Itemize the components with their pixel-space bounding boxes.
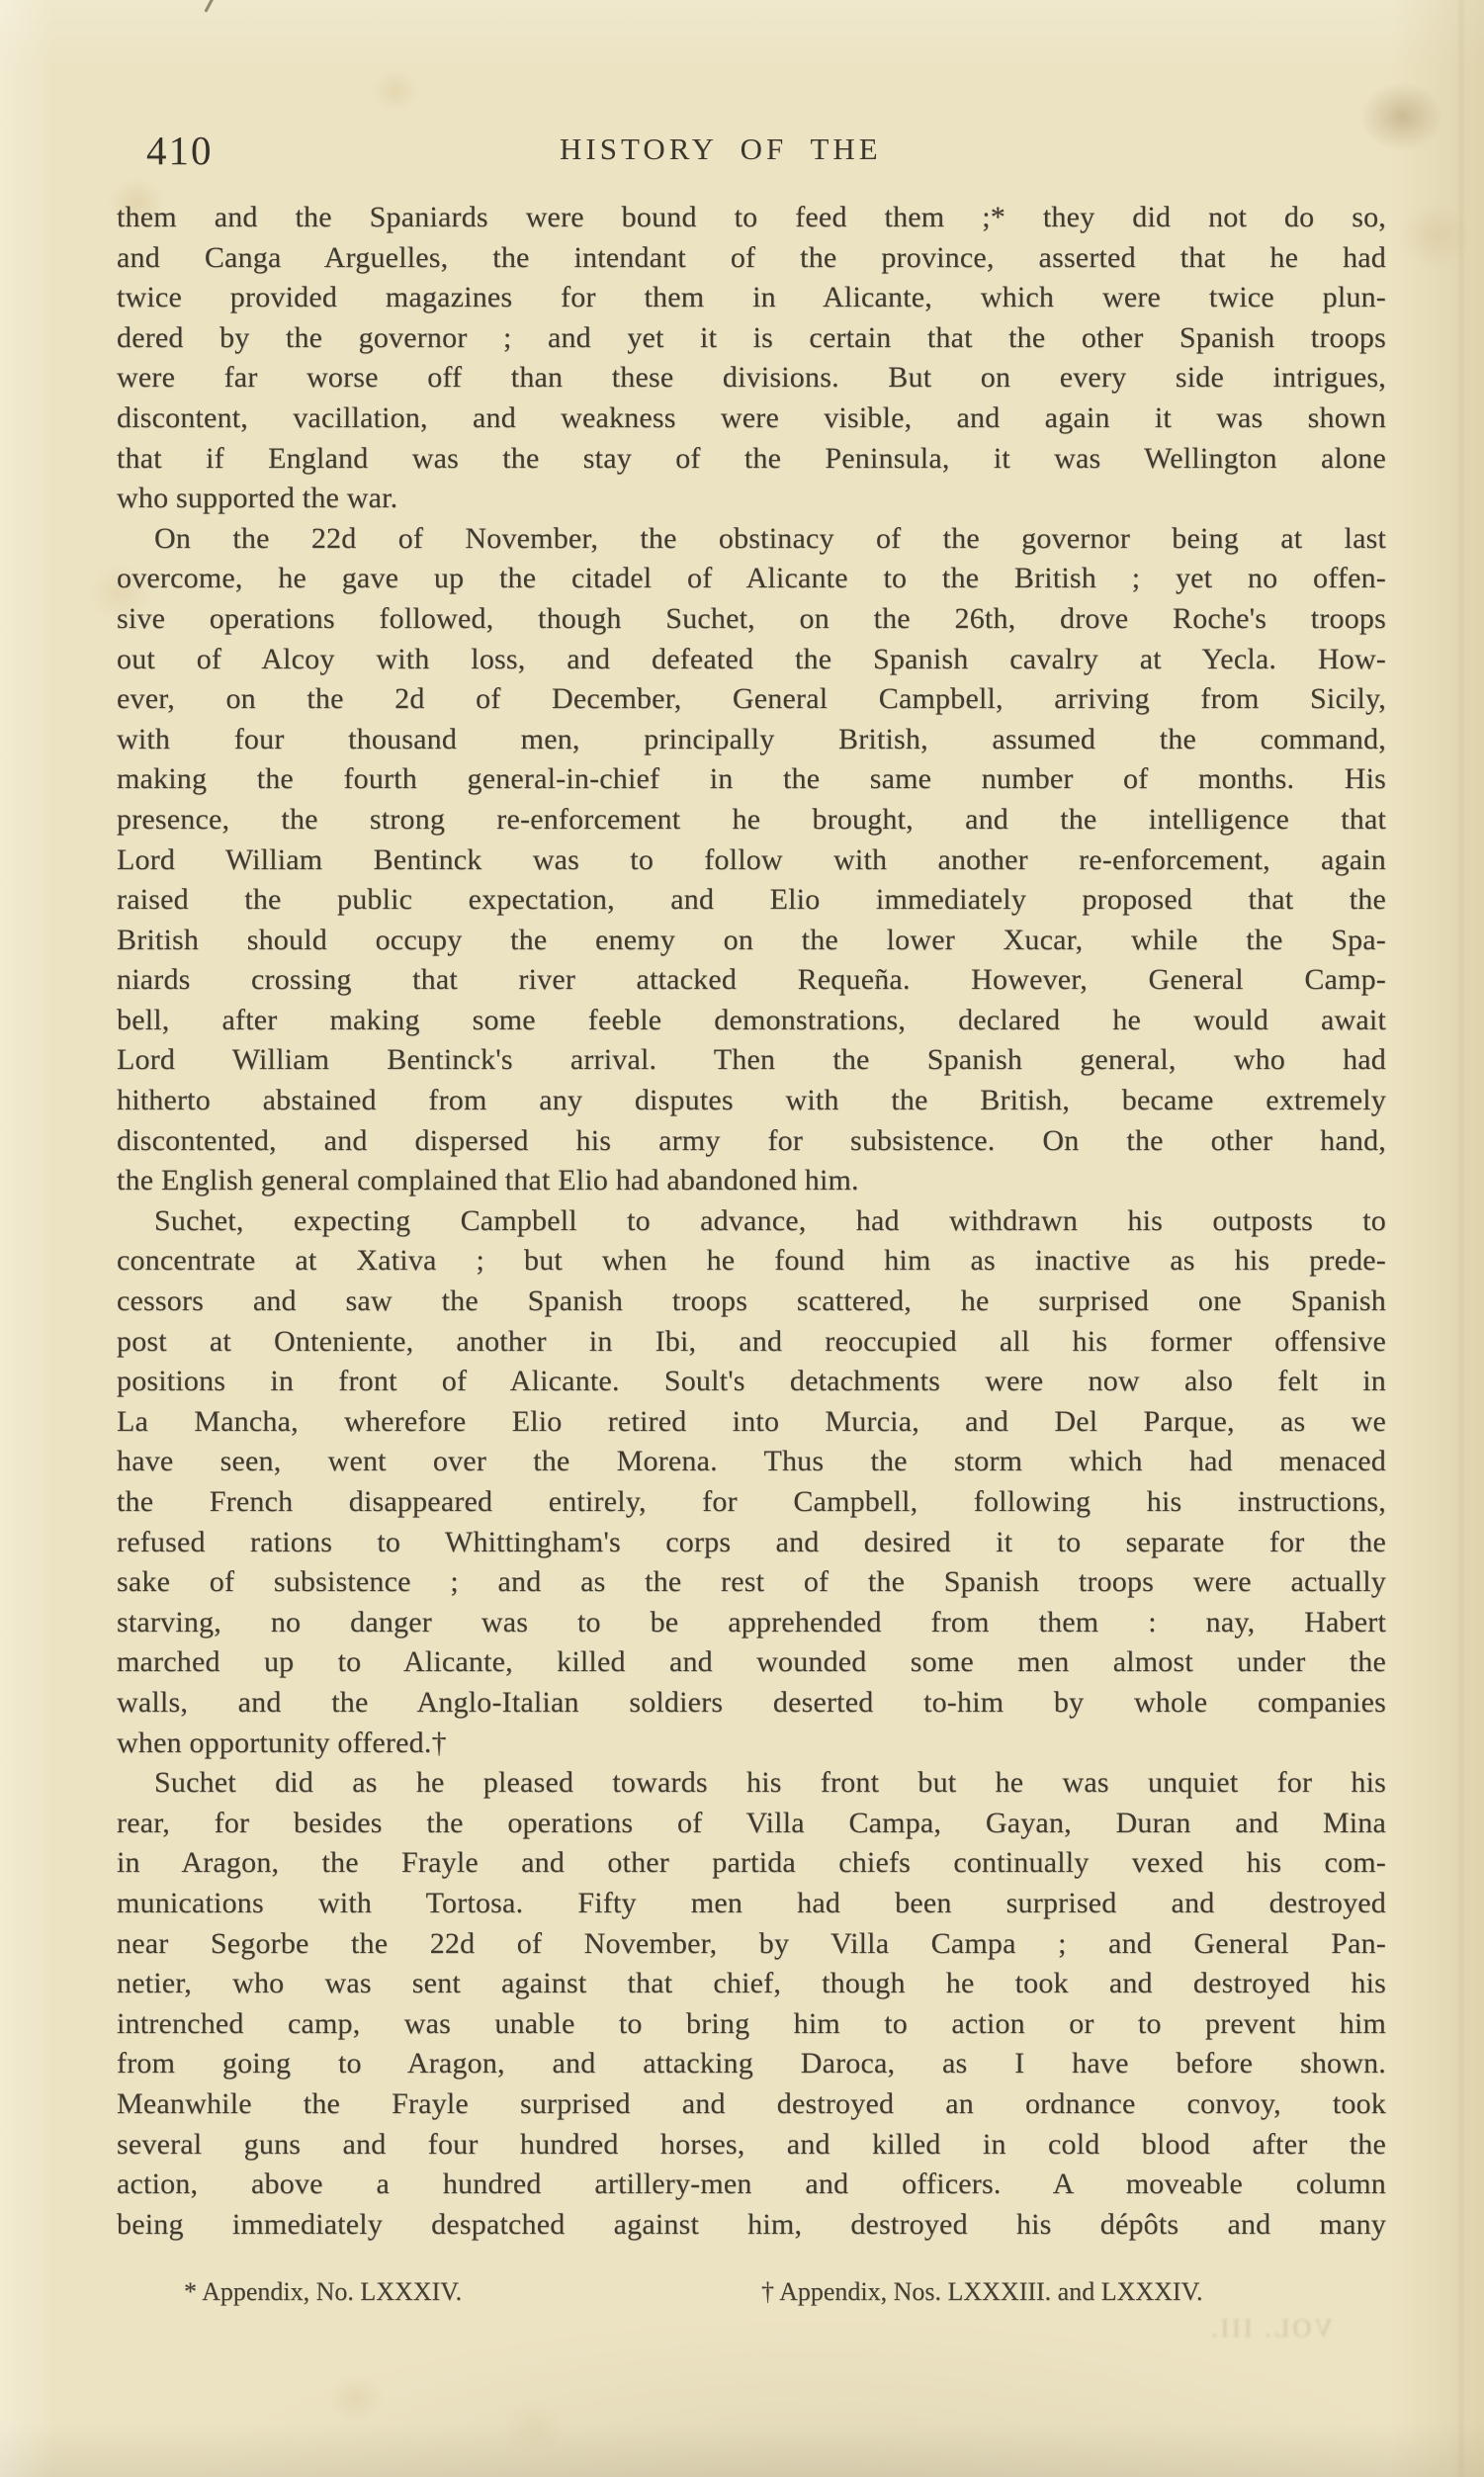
text-line: presence, the strong re-enforcement he b… (117, 800, 1386, 840)
scan-seam (1456, 0, 1466, 2477)
text-line: Suchet did as he pleased towards his fro… (117, 1763, 1386, 1804)
text-line: being immediately despatched against him… (117, 2205, 1386, 2246)
page-header: 410 HISTORY OF THE (0, 0, 1484, 188)
text-line: near Segorbe the 22d of November, by Vil… (117, 1924, 1386, 1965)
book-page: 410 HISTORY OF THE them and the Spaniard… (0, 0, 1484, 2477)
text-line: who supported the war. (117, 479, 1386, 519)
paragraph: them and the Spaniards were bound to fee… (117, 198, 1386, 519)
text-line: intrenched camp, was unable to bring him… (117, 2004, 1386, 2045)
text-line: several guns and four hundred horses, an… (117, 2125, 1386, 2166)
text-line: when opportunity offered.† (117, 1724, 1386, 1764)
text-line: La Mancha, wherefore Elio retired into M… (117, 1402, 1386, 1443)
text-line: starving, no danger was to be apprehende… (117, 1603, 1386, 1643)
footnote-appendix-83-84: † Appendix, Nos. LXXXIII. and LXXXIV. (761, 2277, 1203, 2307)
text-line: marched up to Alicante, killed and wound… (117, 1642, 1386, 1683)
body-text: them and the Spaniards were bound to fee… (117, 198, 1386, 2245)
text-line: dered by the governor ; and yet it is ce… (117, 318, 1386, 359)
text-line: that if England was the stay of the Peni… (117, 439, 1386, 480)
text-line: cessors and saw the Spanish troops scatt… (117, 1282, 1386, 1322)
show-through-text: VOL. III. (1135, 2314, 1333, 2344)
text-line: twice provided magazines for them in Ali… (117, 278, 1386, 318)
text-line: making the fourth general-in-chief in th… (117, 759, 1386, 800)
text-line: from going to Aragon, and attacking Daro… (117, 2044, 1386, 2084)
text-line: British should occupy the enemy on the l… (117, 921, 1386, 961)
text-line: overcome, he gave up the citadel of Alic… (117, 559, 1386, 599)
text-line: post at Onteniente, another in Ibi, and … (117, 1322, 1386, 1363)
paragraph: Suchet did as he pleased towards his fro… (117, 1763, 1386, 2245)
text-line: and Canga Arguelles, the intendant of th… (117, 238, 1386, 279)
text-line: refused rations to Whittingham's corps a… (117, 1523, 1386, 1563)
text-line: action, above a hundred artillery-men an… (117, 2165, 1386, 2205)
text-line: sive operations followed, though Suchet,… (117, 599, 1386, 640)
page-number: 410 (146, 127, 214, 174)
text-line: concentrate at Xativa ; but when he foun… (117, 1241, 1386, 1282)
text-line: walls, and the Anglo-Italian soldiers de… (117, 1683, 1386, 1724)
text-line: sake of subsistence ; and as the rest of… (117, 1562, 1386, 1603)
text-line: Meanwhile the Frayle surprised and destr… (117, 2084, 1386, 2125)
text-line: netier, who was sent against that chief,… (117, 1964, 1386, 2004)
text-line: in Aragon, the Frayle and other partida … (117, 1843, 1386, 1884)
text-line: On the 22d of November, the obstinacy of… (117, 519, 1386, 560)
text-line: rear, for besides the operations of Vill… (117, 1804, 1386, 1844)
paragraph: Suchet, expecting Campbell to advance, h… (117, 1201, 1386, 1763)
text-line: with four thousand men, principally Brit… (117, 720, 1386, 760)
text-line: were far worse off than these divisions.… (117, 358, 1386, 398)
text-line: Lord William Bentinck was to follow with… (117, 840, 1386, 881)
footnote-appendix-84: * Appendix, No. LXXXIV. (184, 2277, 462, 2307)
footnotes: * Appendix, No. LXXXIV. † Appendix, Nos.… (117, 2277, 1386, 2319)
text-line: the English general complained that Elio… (117, 1161, 1386, 1201)
running-title: HISTORY OF THE (560, 132, 882, 167)
text-line: positions in front of Alicante. Soult's … (117, 1362, 1386, 1402)
text-line: raised the public expectation, and Elio … (117, 880, 1386, 921)
paragraph: On the 22d of November, the obstinacy of… (117, 519, 1386, 1201)
text-line: the French disappeared entirely, for Cam… (117, 1482, 1386, 1523)
text-line: ever, on the 2d of December, General Cam… (117, 679, 1386, 720)
text-line: discontent, vacillation, and weakness we… (117, 398, 1386, 439)
text-line: them and the Spaniards were bound to fee… (117, 198, 1386, 238)
text-line: hitherto abstained from any disputes wit… (117, 1081, 1386, 1121)
text-line: Lord William Bentinck's arrival. Then th… (117, 1040, 1386, 1081)
text-line: discontented, and dispersed his army for… (117, 1121, 1386, 1162)
text-line: have seen, went over the Morena. Thus th… (117, 1442, 1386, 1482)
text-line: niards crossing that river attacked Requ… (117, 960, 1386, 1001)
text-line: out of Alcoy with loss, and defeated the… (117, 640, 1386, 680)
text-line: Suchet, expecting Campbell to advance, h… (117, 1201, 1386, 1242)
text-line: munications with Tortosa. Fifty men had … (117, 1884, 1386, 1924)
text-line: bell, after making some feeble demonstra… (117, 1001, 1386, 1041)
